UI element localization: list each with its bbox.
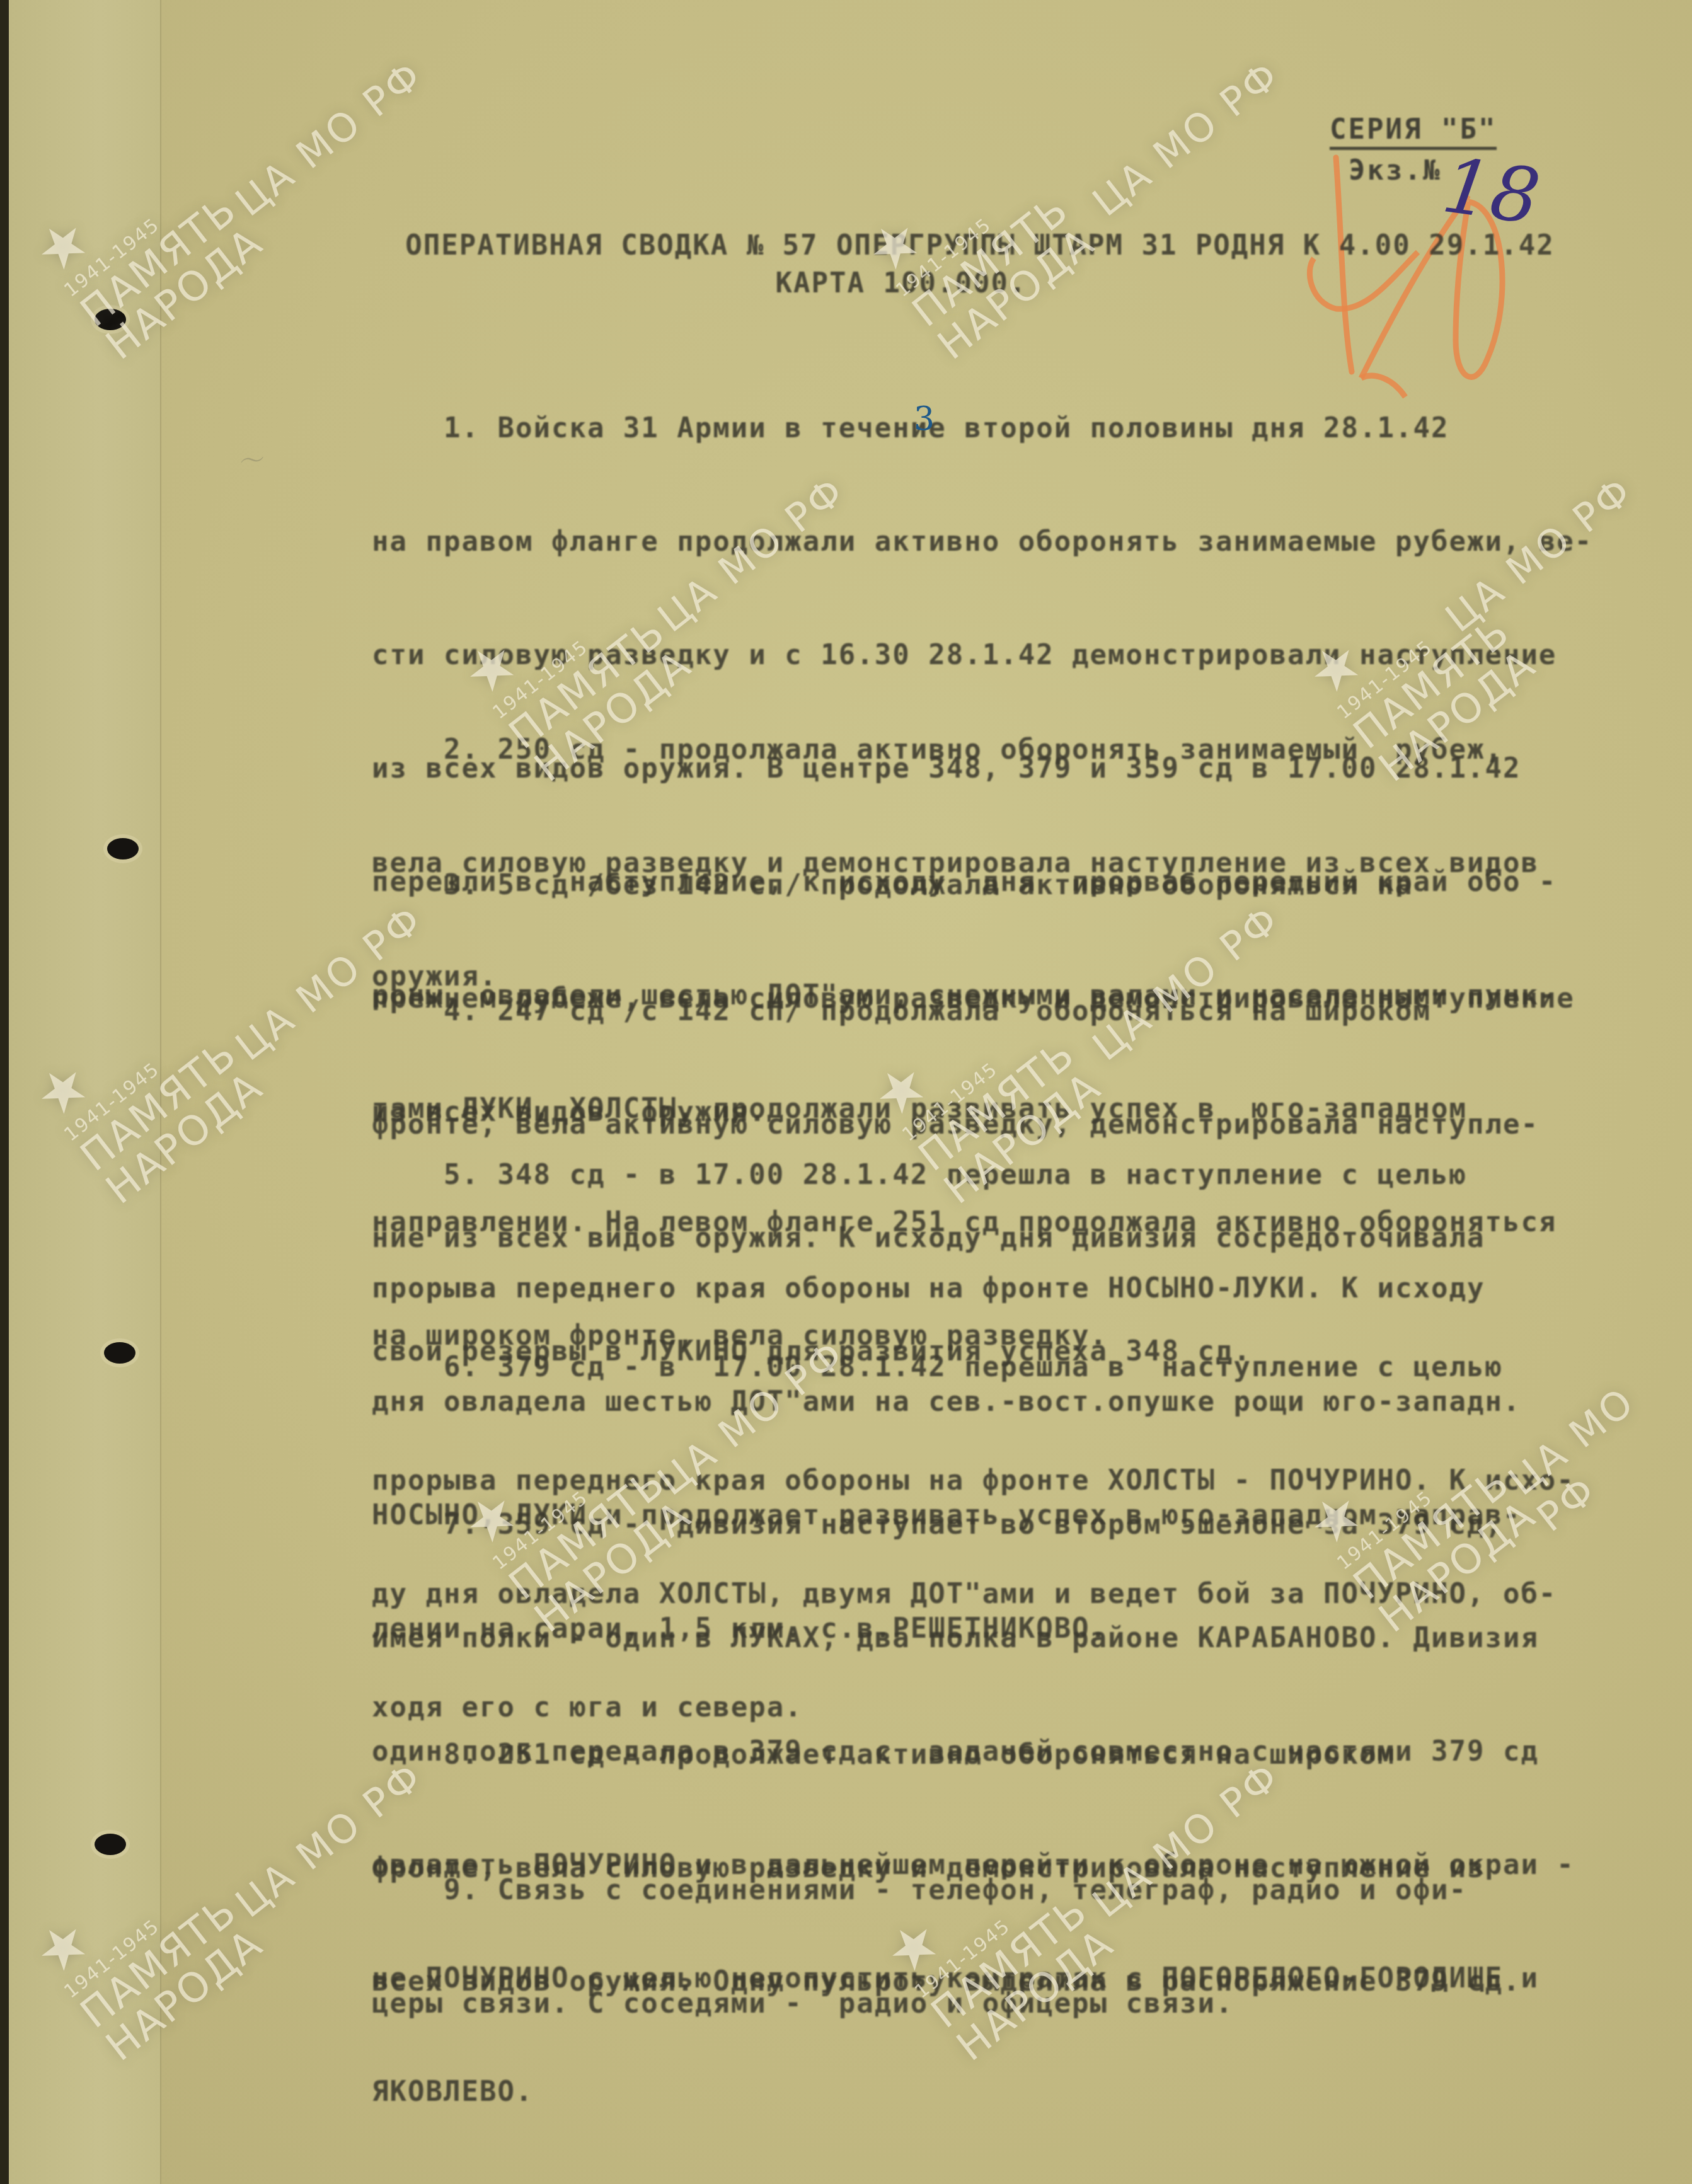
punch-hole-icon [107,838,139,859]
text-line: 8. 251 сд - продолжает активно оборонять… [372,1736,1521,1774]
punch-hole-icon [104,1342,135,1364]
text-line: 7. 359 сд - дивизия наступает во втором … [372,1506,1575,1544]
text-line: церы связи. С соседями - радио и офицеры… [372,1985,1467,2023]
binding-margin [9,0,160,2184]
watermark-archive: ЦА МО РФ [227,51,432,225]
punch-hole-icon [95,1834,126,1855]
text-line: 3. 5 сд /без 142 сп/ продолжала активно … [372,866,1575,904]
text-line: 1. Войска 31 Армии в течение второй поло… [372,410,1592,447]
binding-fold-line [160,0,161,2184]
margin-pencil-note: 〜 [237,439,267,478]
title-line-2: КАРТА 100.000. [350,265,1610,302]
text-line: 2. 250 сд - продолжала активно оборонять… [372,731,1539,769]
document-page: СЕРИЯ "Б" Экз.№ 18 ОПЕРАТИВНАЯ СВОДКА № … [0,0,1692,2184]
text-line: на правом фланге продолжали активно обор… [372,523,1592,561]
text-line: 5. 348 сд - в 17.00 28.1.42 перешла в на… [372,1156,1521,1194]
title-line-1: ОПЕРАТИВНАЯ СВОДКА № 57 ОПЕРГРУППЫ ШТАРМ… [350,227,1610,265]
text-line: 6. 379 сд - в 17.00 28.1.42 перешла в на… [372,1348,1575,1386]
text-line: 4. 247 сд /с 142 сп/ продолжала оборонят… [372,992,1539,1030]
text-line: имея полки - один в ЛУКАХ, два полка в р… [372,1619,1575,1657]
watermark-archive: ЦА МО РФ [1084,51,1289,225]
scan-edge [0,0,9,2184]
document-title: ОПЕРАТИВНАЯ СВОДКА № 57 ОПЕРГРУППЫ ШТАРМ… [350,227,1610,302]
handwritten-correction: 3 [914,400,935,438]
punch-hole-icon [95,309,126,330]
paragraph-9: 9. Связь с соединениями - телефон, телег… [372,1796,1467,2098]
text-line: 9. Связь с соединениями - телефон, телег… [372,1871,1467,1909]
